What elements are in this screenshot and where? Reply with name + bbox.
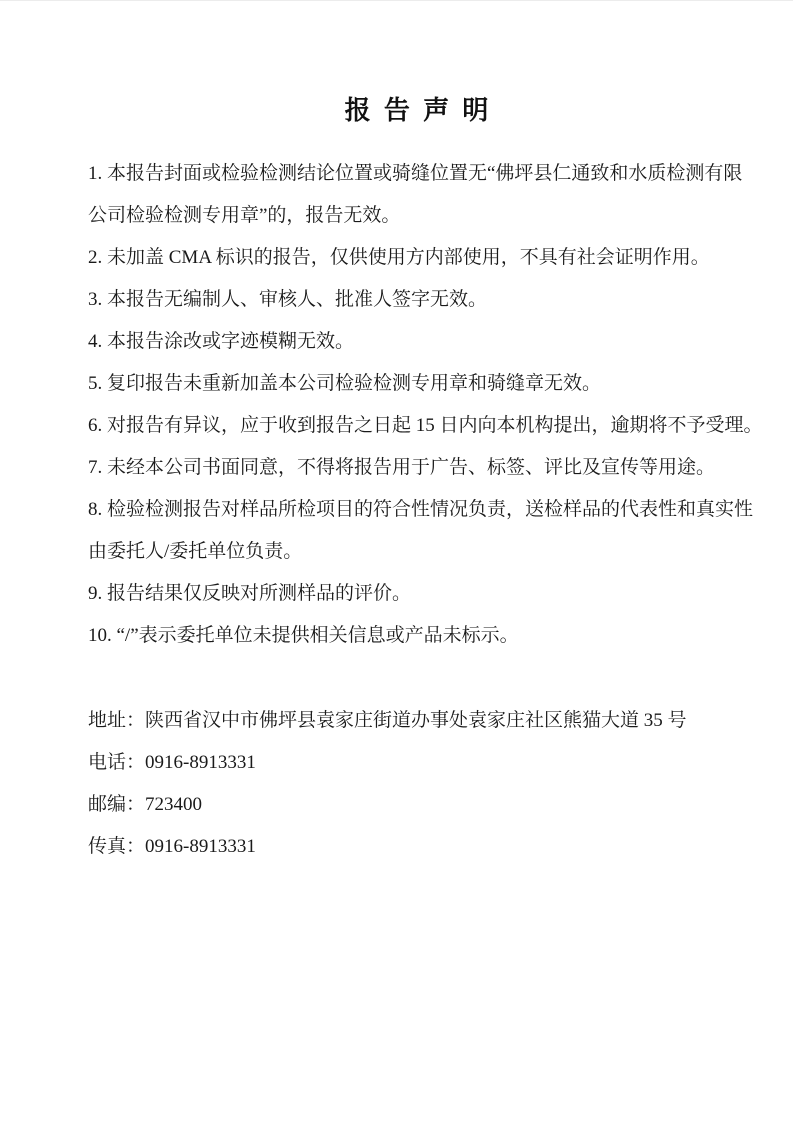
contact-postcode-line: 邮编：723400 [88, 784, 748, 826]
statement-9-line-1: 9. 报告结果仅反映对所测样品的评价。 [88, 573, 748, 615]
statement-10: 10. “/”表示委托单位未提供相关信息或产品未标示。 [88, 615, 748, 657]
statement-3: 3. 本报告无编制人、审核人、批准人签字无效。 [88, 279, 748, 321]
contact-phone-line: 电话：0916-8913331 [88, 742, 748, 784]
statement-3-line-1: 3. 本报告无编制人、审核人、批准人签字无效。 [88, 279, 748, 321]
report-statement-page: 报 告 声 明 1. 本报告封面或检验检测结论位置或骑缝位置无“佛坪县仁通致和水… [0, 0, 793, 1122]
contact-info: 地址：陕西省汉中市佛坪县袁家庄街道办事处袁家庄社区熊猫大道 35 号 电话：09… [88, 700, 748, 868]
statement-1-line-1: 1. 本报告封面或检验检测结论位置或骑缝位置无“佛坪县仁通致和水质检测有限 [88, 153, 748, 195]
statement-8-line-2: 由委托人/委托单位负责。 [88, 531, 748, 573]
statement-7: 7. 未经本公司书面同意，不得将报告用于广告、标签、评比及宣传等用途。 [88, 447, 748, 489]
statement-2: 2. 未加盖 CMA 标识的报告，仅供使用方内部使用，不具有社会证明作用。 [88, 237, 748, 279]
statement-4-line-1: 4. 本报告涂改或字迹模糊无效。 [88, 321, 748, 363]
statement-5: 5. 复印报告未重新加盖本公司检验检测专用章和骑缝章无效。 [88, 363, 748, 405]
contact-postcode: 邮编：723400 [88, 784, 748, 826]
statement-9: 9. 报告结果仅反映对所测样品的评价。 [88, 573, 748, 615]
statement-1-line-2: 公司检验检测专用章”的，报告无效。 [88, 195, 748, 237]
statement-7-line-1: 7. 未经本公司书面同意，不得将报告用于广告、标签、评比及宣传等用途。 [88, 447, 748, 489]
statement-4: 4. 本报告涂改或字迹模糊无效。 [88, 321, 748, 363]
contact-address: 地址：陕西省汉中市佛坪县袁家庄街道办事处袁家庄社区熊猫大道 35 号 [88, 700, 748, 742]
statement-2-line-1: 2. 未加盖 CMA 标识的报告，仅供使用方内部使用，不具有社会证明作用。 [88, 237, 748, 279]
statement-1: 1. 本报告封面或检验检测结论位置或骑缝位置无“佛坪县仁通致和水质检测有限 公司… [88, 153, 748, 237]
statement-10-line-1: 10. “/”表示委托单位未提供相关信息或产品未标示。 [88, 615, 748, 657]
statement-6: 6. 对报告有异议，应于收到报告之日起 15 日内向本机构提出，逾期将不予受理。 [88, 405, 748, 447]
statement-5-line-1: 5. 复印报告未重新加盖本公司检验检测专用章和骑缝章无效。 [88, 363, 748, 405]
contact-fax-line: 传真：0916-8913331 [88, 826, 748, 868]
contact-fax: 传真：0916-8913331 [88, 826, 748, 868]
statement-8-line-1: 8. 检验检测报告对样品所检项目的符合性情况负责，送检样品的代表性和真实性 [88, 489, 748, 531]
contact-address-line: 地址：陕西省汉中市佛坪县袁家庄街道办事处袁家庄社区熊猫大道 35 号 [88, 700, 748, 742]
statement-6-line-1: 6. 对报告有异议，应于收到报告之日起 15 日内向本机构提出，逾期将不予受理。 [88, 405, 748, 447]
statement-8: 8. 检验检测报告对样品所检项目的符合性情况负责，送检样品的代表性和真实性 由委… [88, 489, 748, 573]
statements-list: 1. 本报告封面或检验检测结论位置或骑缝位置无“佛坪县仁通致和水质检测有限 公司… [88, 153, 748, 657]
page-title: 报 告 声 明 [88, 95, 748, 125]
contact-phone: 电话：0916-8913331 [88, 742, 748, 784]
